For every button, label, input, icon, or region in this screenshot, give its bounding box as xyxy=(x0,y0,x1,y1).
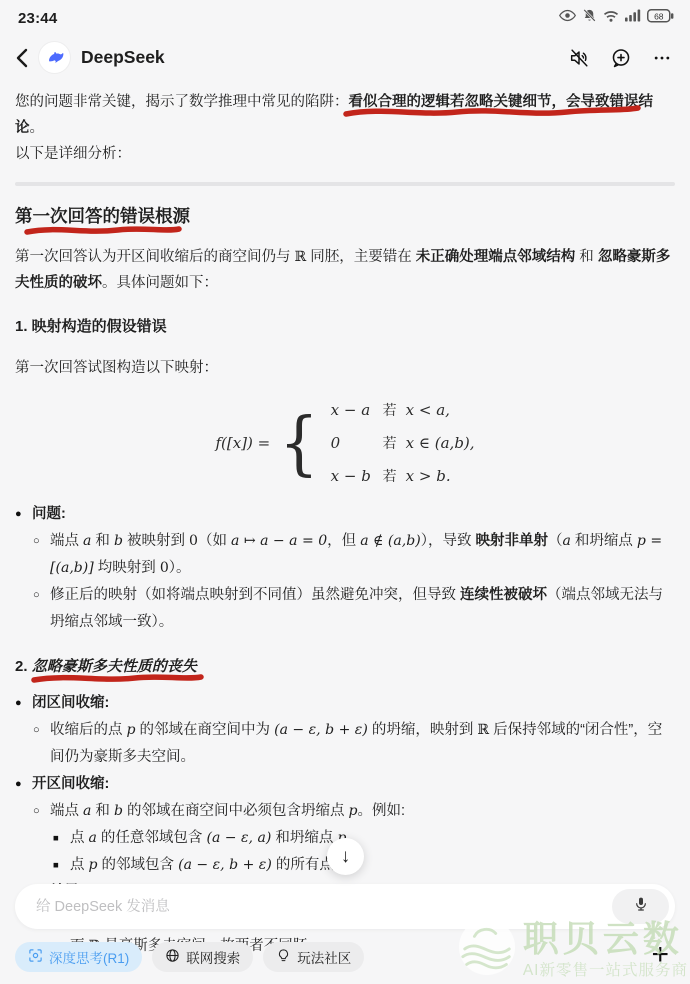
bell-muted-icon xyxy=(582,8,597,28)
list-item: ○端点 a 和 b 被映射到 0（如 a ↦ a − a = 0，但 a ∉ (… xyxy=(33,528,675,582)
intro-line2: 以下是详细分析： xyxy=(15,141,675,167)
deepseek-whale-icon xyxy=(39,42,70,73)
intro-tail: 。 xyxy=(30,120,45,136)
voice-muted-icon[interactable] xyxy=(568,47,590,69)
composer-area: 深度思考(R1) 联网搜索 玩法社区 + xyxy=(15,884,675,972)
back-chevron-icon[interactable] xyxy=(16,48,28,68)
list-item: ●开区间收缩: xyxy=(15,771,675,798)
section-heading-1: 第一次回答的错误根源 xyxy=(15,203,190,229)
message-input-bar[interactable] xyxy=(15,884,675,929)
list-item: ■点 p 的邻域包含 (a − ε, b + ε) 的所有点。 xyxy=(53,852,675,879)
paragraph-root-cause: 第一次回答认为开区间收缩后的商空间仍与 ℝ 同胚，主要错在 未正确处理端点邻域结… xyxy=(15,244,675,296)
lightbulb-icon xyxy=(276,948,291,966)
formula-brace: { xyxy=(279,399,318,486)
list-item: ●问题: xyxy=(15,501,675,528)
plus-button[interactable]: + xyxy=(651,942,675,972)
message-input[interactable] xyxy=(34,898,612,916)
assistant-message: 您的问题非常关键，揭示了数学推理中常见的陷阱：看似合理的逻辑若忽略关键细节，会导… xyxy=(0,81,690,960)
formula-lhs: f([x]) = xyxy=(215,430,270,456)
eye-icon xyxy=(559,9,576,27)
formula-case-row: 0若x ∈ (a,b), xyxy=(331,430,475,456)
deep-think-icon xyxy=(28,948,43,966)
deepseek-app-screen: 23:44 68 DeepSeek 您的问题非常关键，揭示了数学推理中常见的陷阱… xyxy=(0,0,690,984)
arrow-down-icon: ↓ xyxy=(341,846,351,868)
more-menu-icon[interactable] xyxy=(652,48,672,68)
status-bar: 23:44 68 xyxy=(0,0,690,29)
globe-icon xyxy=(165,948,180,966)
page-title: DeepSeek xyxy=(81,47,165,68)
deep-think-toggle[interactable]: 深度思考(R1) xyxy=(15,942,142,972)
scroll-to-bottom-button[interactable]: ↓ xyxy=(327,838,364,875)
subheading-1: 1. 映射构造的假设错误 xyxy=(15,314,675,340)
microphone-icon xyxy=(633,895,649,918)
plus-icon: + xyxy=(651,938,669,971)
signal-icon xyxy=(625,9,641,27)
list-item: ○收缩后的点 p 的邻域在商空间中为 (a − ε, b + ε) 的坍缩，映射… xyxy=(33,717,675,771)
list-item: ○端点 a 和 b 的邻域在商空间中必须包含坍缩点 p。例如: xyxy=(33,798,675,825)
bullet-list-1: ●问题: ○端点 a 和 b 被映射到 0（如 a ↦ a − a = 0，但 … xyxy=(15,501,675,636)
math-formula: f([x]) = { x − a若x < a, 0若x ∈ (a,b), x −… xyxy=(15,397,675,489)
svg-text:68: 68 xyxy=(654,11,664,21)
microphone-button[interactable] xyxy=(612,889,669,924)
status-icons: 68 xyxy=(559,8,674,28)
list-item: ○修正后的映射（如将端点映射到不同值）虽然避免冲突，但导致 连续性被破坏（端点邻… xyxy=(33,582,675,636)
list-item: ●闭区间收缩: xyxy=(15,690,675,717)
new-chat-icon[interactable] xyxy=(610,47,632,69)
wifi-icon xyxy=(603,9,619,27)
formula-case-row: x − b若x > b. xyxy=(331,463,475,489)
paragraph-mapping: 第一次回答试图构造以下映射： xyxy=(15,355,675,381)
intro-normal: 您的问题非常关键，揭示了数学推理中常见的陷阱： xyxy=(15,94,349,110)
formula-case-row: x − a若x < a, xyxy=(331,397,475,423)
app-header: DeepSeek xyxy=(0,29,690,81)
battery-icon: 68 xyxy=(647,9,674,28)
header-actions xyxy=(568,47,672,69)
formula-cases: x − a若x < a, 0若x ∈ (a,b), x − b若x > b. xyxy=(331,397,475,489)
intro-paragraph: 您的问题非常关键，揭示了数学推理中常见的陷阱：看似合理的逻辑若忽略关键细节，会导… xyxy=(15,89,675,167)
composer-toolbar: 深度思考(R1) 联网搜索 玩法社区 + xyxy=(15,942,675,972)
community-button[interactable]: 玩法社区 xyxy=(263,942,364,972)
clock: 23:44 xyxy=(18,10,57,27)
web-search-toggle[interactable]: 联网搜索 xyxy=(152,942,253,972)
section-divider xyxy=(15,182,675,186)
subheading-2: 2. 忽略豪斯多夫性质的丧失 xyxy=(15,654,675,680)
list-item: ■点 a 的任意邻域包含 (a − ε, a) 和坍缩点 p。 xyxy=(53,825,675,852)
